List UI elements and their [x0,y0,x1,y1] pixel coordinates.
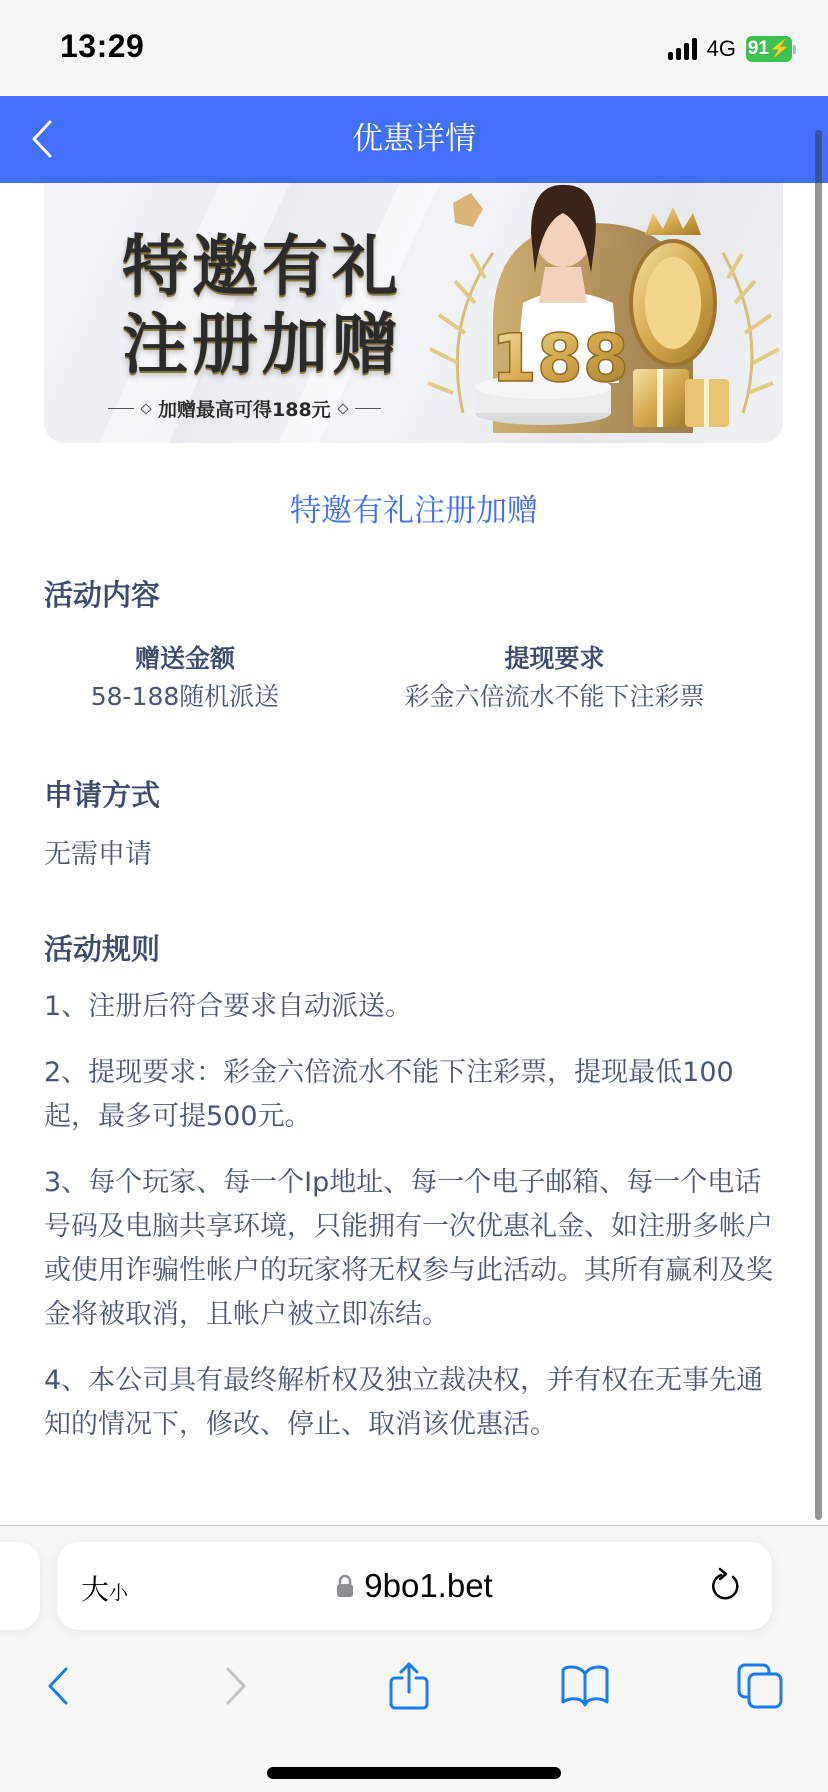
tabs-icon [736,1662,784,1710]
previous-tab-preview[interactable] [0,1542,40,1630]
banner-heading-line2: 注册加赠 [122,291,402,386]
rule-item: 4、本公司具有最终解析权及独立裁决权，并有权在无事先通知的情况下，修改、停止、取… [44,1359,784,1447]
address-bar[interactable]: 大小 9bo1.bet [57,1542,772,1630]
info-column-withdraw: 提现要求 彩金六倍流水不能下注彩票 [326,641,783,717]
reload-icon [706,1566,746,1606]
home-indicator[interactable] [267,1767,561,1779]
app-header: 优惠详情 [0,96,828,183]
battery-icon: 91⚡ [746,36,796,62]
svg-text:188: 188 [491,320,629,397]
chevron-left-icon [31,119,53,159]
browser-forward-button[interactable] [206,1656,266,1716]
charging-bolt-icon: ⚡ [769,39,790,59]
promo-detail-content: 特邀有礼 注册加赠 加赠最高可得188元 [0,183,828,1525]
battery-level: 91⚡ [746,36,792,62]
promo-banner: 特邀有礼 注册加赠 加赠最高可得188元 [44,183,783,443]
url-text: 9bo1.bet [364,1567,492,1605]
rule-item: 3、每个玩家、每一个Ip地址、每一个电子邮箱、每一个电话号码及电脑共享环境，只能… [44,1161,784,1337]
info-column-bonus: 赠送金额 58-188随机派送 [44,641,326,717]
rule-item: 1、注册后符合要求自动派送。 [44,985,784,1029]
lock-icon [336,1574,354,1598]
back-button[interactable] [22,116,62,162]
info-value: 58-188随机派送 [44,677,326,717]
promo-title: 特邀有礼注册加赠 [0,485,828,530]
share-icon [387,1660,431,1712]
info-value: 彩金六倍流水不能下注彩票 [326,677,783,717]
info-label: 赠送金额 [44,641,326,677]
reload-button[interactable] [706,1566,746,1606]
section-heading-content: 活动内容 [44,573,160,614]
forward-icon [224,1666,248,1706]
browser-back-button[interactable] [28,1656,88,1716]
share-button[interactable] [379,1656,439,1716]
network-type: 4G [707,36,736,62]
tabs-button[interactable] [730,1656,790,1716]
rule-item: 2、提现要求：彩金六倍流水不能下注彩票，提现最低100起，最多可提500元。 [44,1051,769,1139]
banner-illustration: 188 [423,183,783,443]
banner-subtitle: 加赠最高可得188元 [108,395,381,422]
bookmarks-icon [559,1664,611,1708]
back-icon [46,1666,70,1706]
section-heading-rules: 活动规则 [44,927,160,968]
status-indicators: 4G 91⚡ [668,36,796,62]
page-title: 优惠详情 [0,96,828,183]
info-label: 提现要求 [326,641,783,677]
section-heading-apply: 申请方式 [44,773,160,814]
status-time: 13:29 [60,28,144,65]
apply-method-text: 无需申请 [44,833,784,877]
signal-icon [668,38,697,60]
browser-chrome: 大小 9bo1.bet [0,1525,828,1792]
bookmarks-button[interactable] [555,1656,615,1716]
page-scrollbar[interactable] [815,130,822,1520]
status-bar: 13:29 4G 91⚡ [0,0,828,96]
url-display[interactable]: 9bo1.bet [57,1542,772,1630]
browser-toolbar [0,1646,828,1726]
